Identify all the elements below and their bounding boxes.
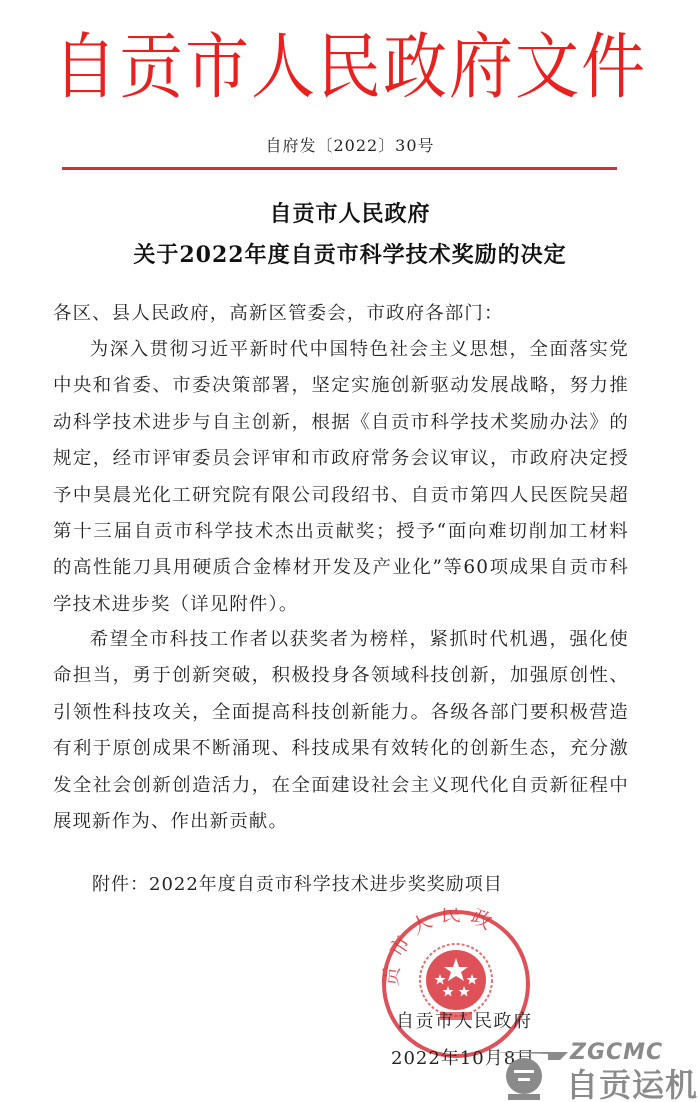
body-paragraph-1: 为深入贯彻习近平新时代中国特色社会主义思想，全面落实党中央和省委、市委决策部署，… xyxy=(53,332,629,623)
zgcmc-watermark: ZGCMC 自贡运机 xyxy=(488,1040,700,1102)
watermark-chinese-text: 自贡运机 xyxy=(566,1060,698,1102)
red-divider-rule xyxy=(62,167,617,170)
document-masthead: 自贡市人民政府文件 xyxy=(0,23,700,113)
signature-organization: 自贡市人民政府 xyxy=(396,1007,533,1033)
body-paragraph-2: 希望全市科技工作者以获奖者为榜样，紧抓时代机遇，强化使命担当，勇于创新突破，积极… xyxy=(53,622,629,840)
document-number: 自府发〔2022〕30号 xyxy=(0,133,700,156)
document-title-line1: 自贡市人民政府 xyxy=(0,197,700,228)
zgcmc-logo-icon xyxy=(488,1040,568,1102)
official-seal: 贡市人民政 xyxy=(380,908,532,1060)
attachment-note: 附件：2022年度自贡市科学技术进步奖奖励项目 xyxy=(92,870,503,896)
salutation: 各区、县人民政府，高新区管委会，市政府各部门： xyxy=(53,296,629,332)
document-title-line2: 关于2022年度自贡市科学技术奖励的决定 xyxy=(0,238,700,269)
national-emblem-icon: 贡市人民政 xyxy=(380,908,532,1060)
